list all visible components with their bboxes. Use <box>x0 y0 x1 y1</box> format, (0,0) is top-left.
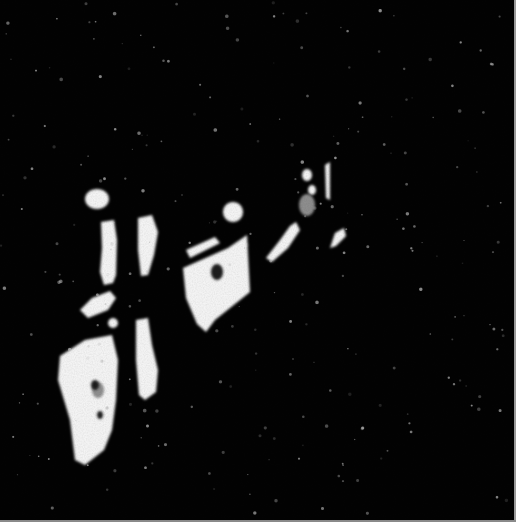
photo-frame: Dark noisy night photograph with bright … <box>0 0 516 522</box>
grain-overlay <box>0 0 516 522</box>
photo-image <box>0 0 516 522</box>
